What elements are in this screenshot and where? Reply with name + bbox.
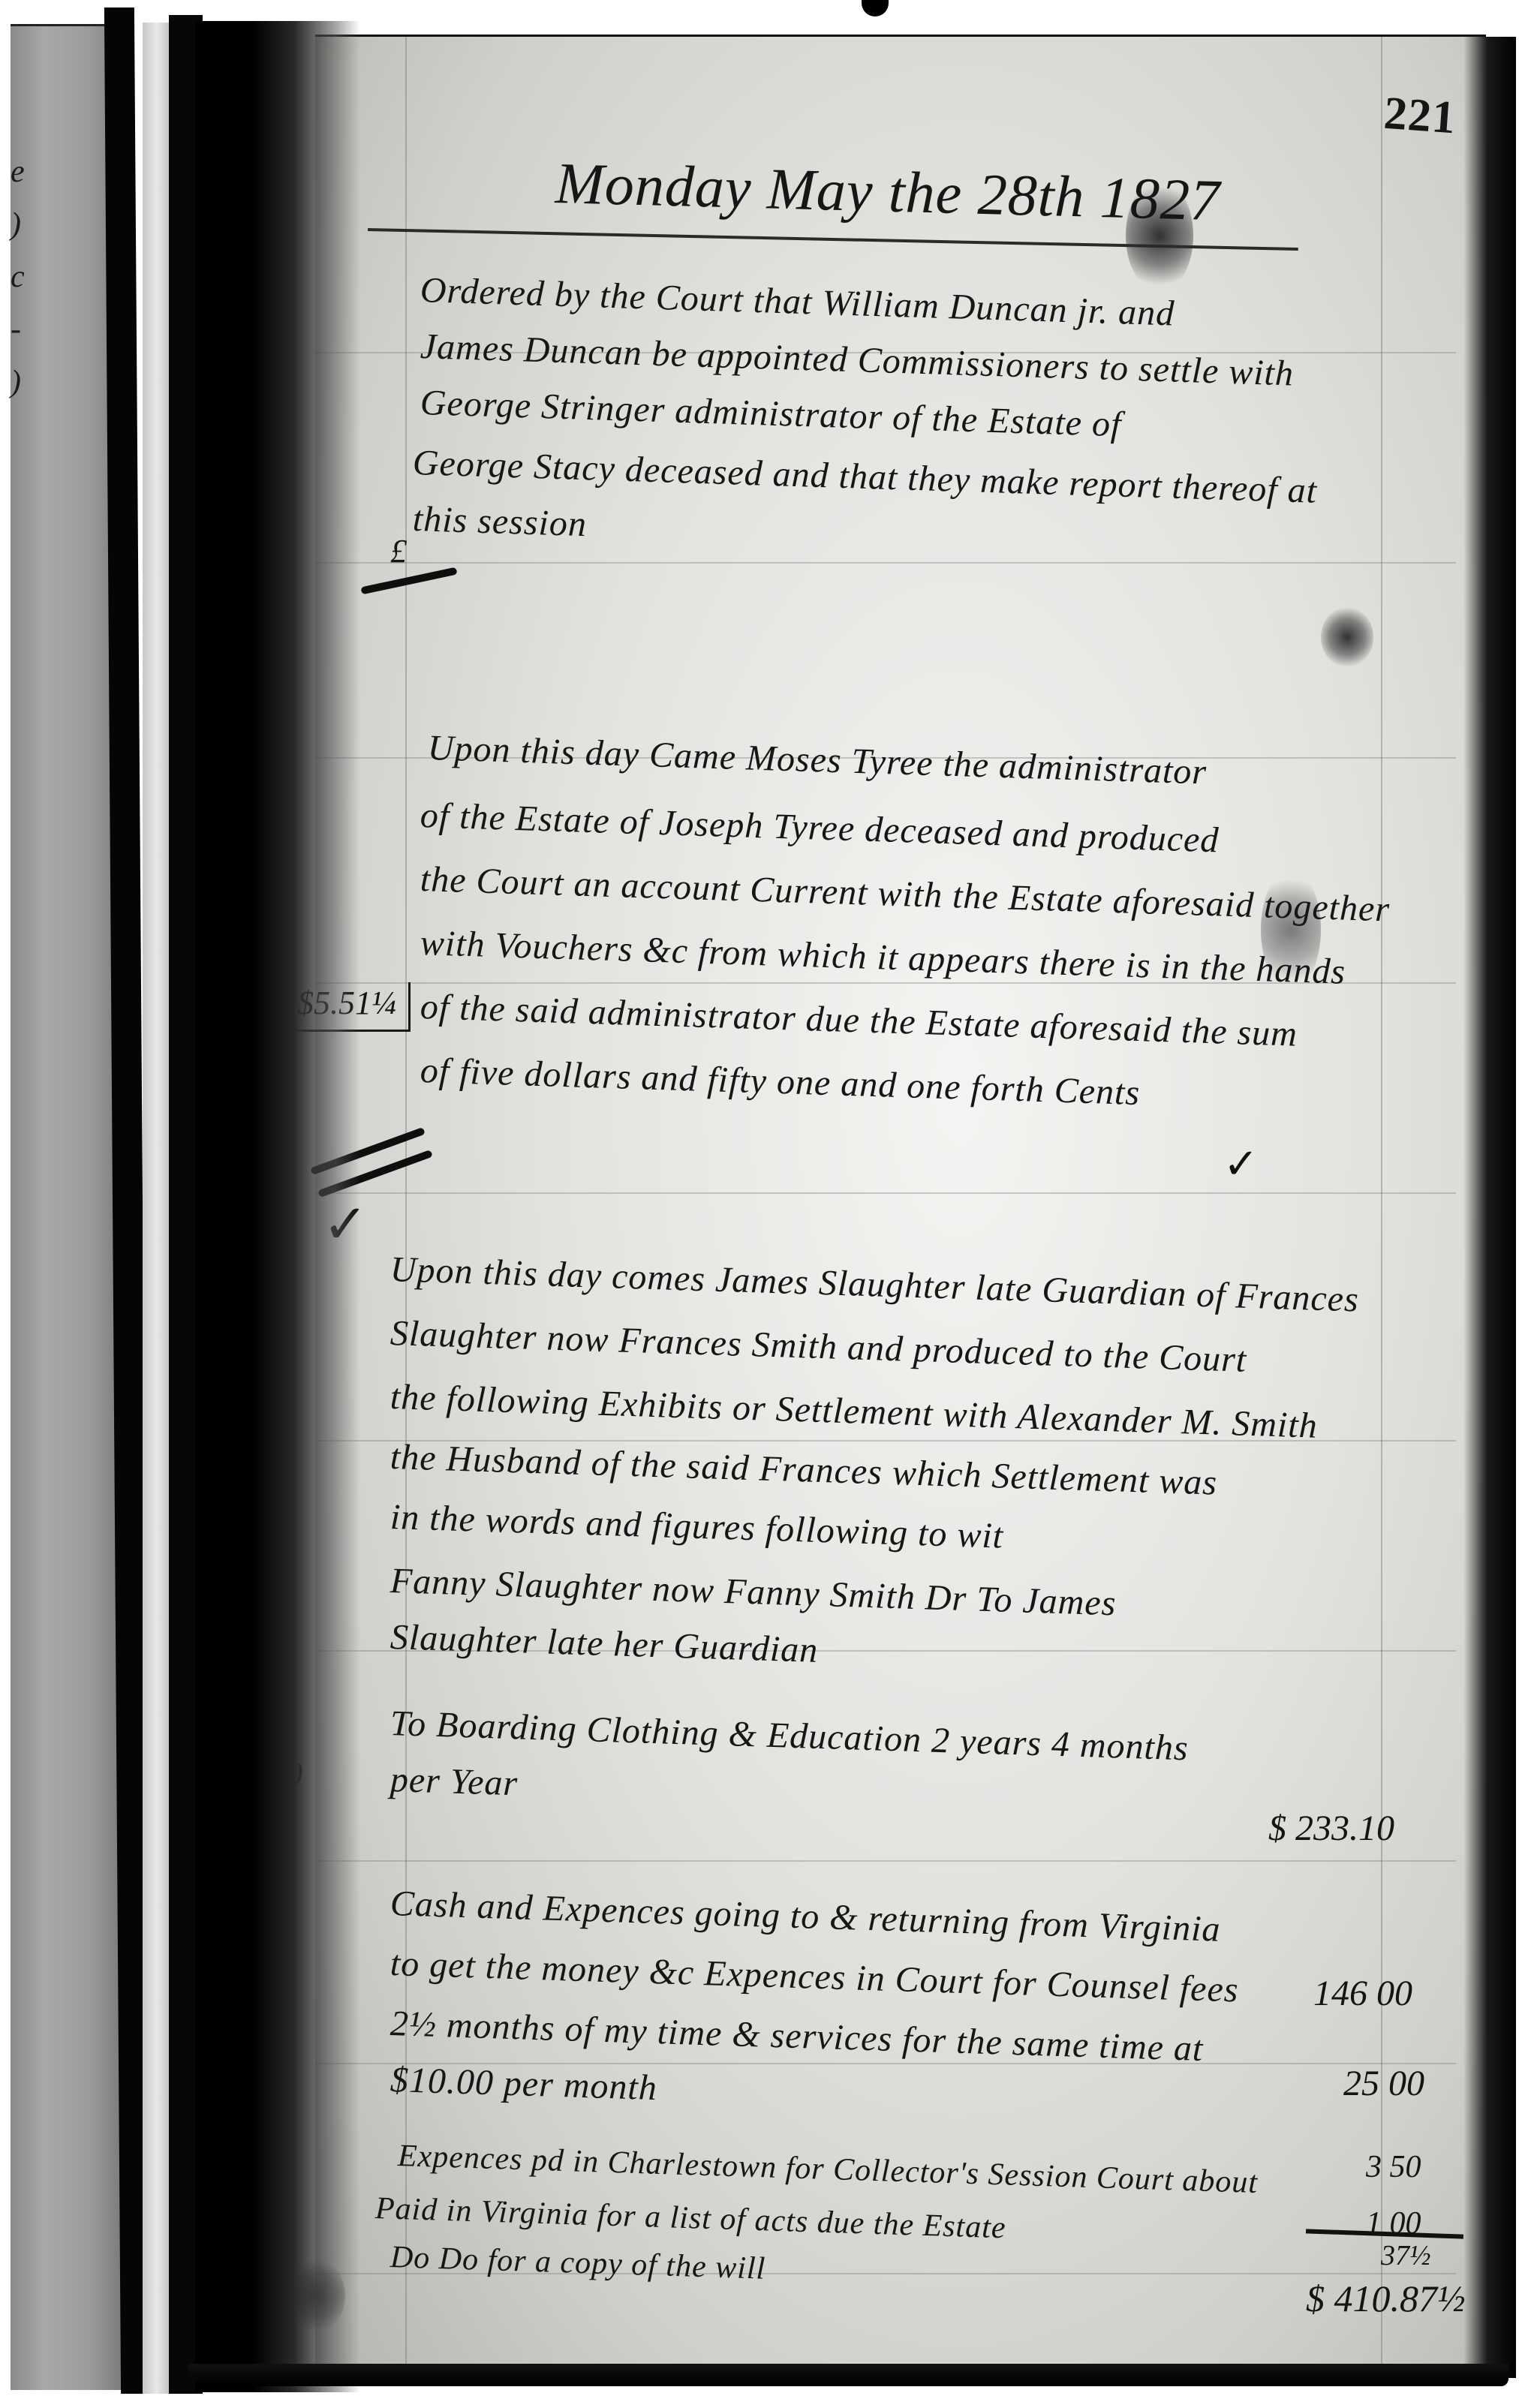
entry-3-line: the following Exhibits or Settlement wit… — [390, 1376, 1318, 1447]
entry-2-line: Upon this day Came Moses Tyree the admin… — [427, 727, 1208, 793]
page-heading-date: Monday May the 28th 1827 — [555, 149, 1221, 234]
entry-1-margin-mark: £ — [390, 532, 407, 570]
margin-rule — [1381, 37, 1382, 2378]
account-item-amount: $ 233.10 — [1268, 1808, 1394, 1849]
margin-strike-mark — [360, 567, 457, 595]
left-page-fragment: ) — [11, 206, 21, 242]
ledger-page: Monday May the 28th 1827 221 Ordered by … — [315, 35, 1486, 2378]
account-item-line: To Boarding Clothing & Education 2 years… — [390, 1703, 1189, 1769]
account-item-line: Do Do for a copy of the will — [390, 2239, 766, 2287]
account-item-amount: 37½ — [1381, 2239, 1431, 2272]
account-item-amount: 25 00 — [1343, 2063, 1424, 2104]
scanned-document: e ) c - ) Monday May the 28th 1827 221 O… — [0, 0, 1519, 2408]
account-item-line: 2½ months of my time & services for the … — [390, 2003, 1204, 2070]
account-total: $ 410.87½ — [1306, 2277, 1466, 2320]
entry-2-line: the Court an account Current with the Es… — [420, 858, 1391, 930]
entry-1-line: George Stacy deceased and that they make… — [412, 442, 1318, 512]
entry-1-line: Ordered by the Court that William Duncan… — [420, 269, 1175, 335]
entry-2-line: of five dollars and fifty one and one fo… — [420, 1050, 1141, 1114]
entry-3-line: Fanny Slaughter now Fanny Smith Dr To Ja… — [390, 1560, 1117, 1624]
ruled-line — [315, 562, 1456, 564]
ink-stain — [1321, 607, 1373, 667]
left-page-fragment: ) — [11, 364, 21, 400]
entry-3-line: in the words and figures following to wi… — [390, 1496, 1004, 1557]
entry-3-line: Slaughter now Frances Smith and produced… — [390, 1312, 1247, 1381]
entry-3-line: the Husband of the said Frances which Se… — [390, 1436, 1218, 1504]
account-item-amount: 146 00 — [1313, 1973, 1412, 2014]
scan-top-border — [0, 0, 1519, 23]
account-item-line: $10.00 per month — [390, 2059, 658, 2109]
account-item-amount: 3 50 — [1366, 2149, 1421, 2185]
ruled-line — [315, 1860, 1456, 1862]
left-page-fragment: e — [11, 154, 25, 190]
entry-1-line: this session — [412, 498, 588, 545]
entry-2-line: of the said administrator due the Estate… — [420, 986, 1298, 1055]
binding-gap — [143, 23, 171, 2394]
account-item-line: Expences pd in Charlestown for Collector… — [397, 2138, 1259, 2201]
ruled-line — [315, 1192, 1456, 1194]
entry-3-line: Upon this day comes James Slaughter late… — [390, 1249, 1359, 1321]
left-page-fragment: c — [11, 259, 25, 295]
account-item-line: Paid in Virginia for a list of acts due … — [374, 2190, 1006, 2246]
entry-2-line: of the Estate of Joseph Tyree deceased a… — [420, 795, 1220, 861]
page-number: 221 — [1382, 87, 1458, 146]
gutter-shadow — [195, 21, 360, 2392]
entry-3-line: Slaughter late her Guardian — [390, 1616, 819, 1671]
check-mark-icon: ✓ — [1223, 1140, 1259, 1189]
entry-1-line: James Duncan be appointed Commissioners … — [420, 326, 1295, 395]
left-page-fragment: - — [11, 311, 21, 347]
entry-1-line: George Stringer administrator of the Est… — [420, 382, 1122, 445]
page-bottom-edge — [188, 2364, 1508, 2386]
account-item-line: Cash and Expences going to & returning f… — [390, 1883, 1221, 1950]
account-item-line: to get the money &c Expences in Court fo… — [390, 1943, 1239, 2011]
account-item-line: per Year — [390, 1759, 519, 1804]
